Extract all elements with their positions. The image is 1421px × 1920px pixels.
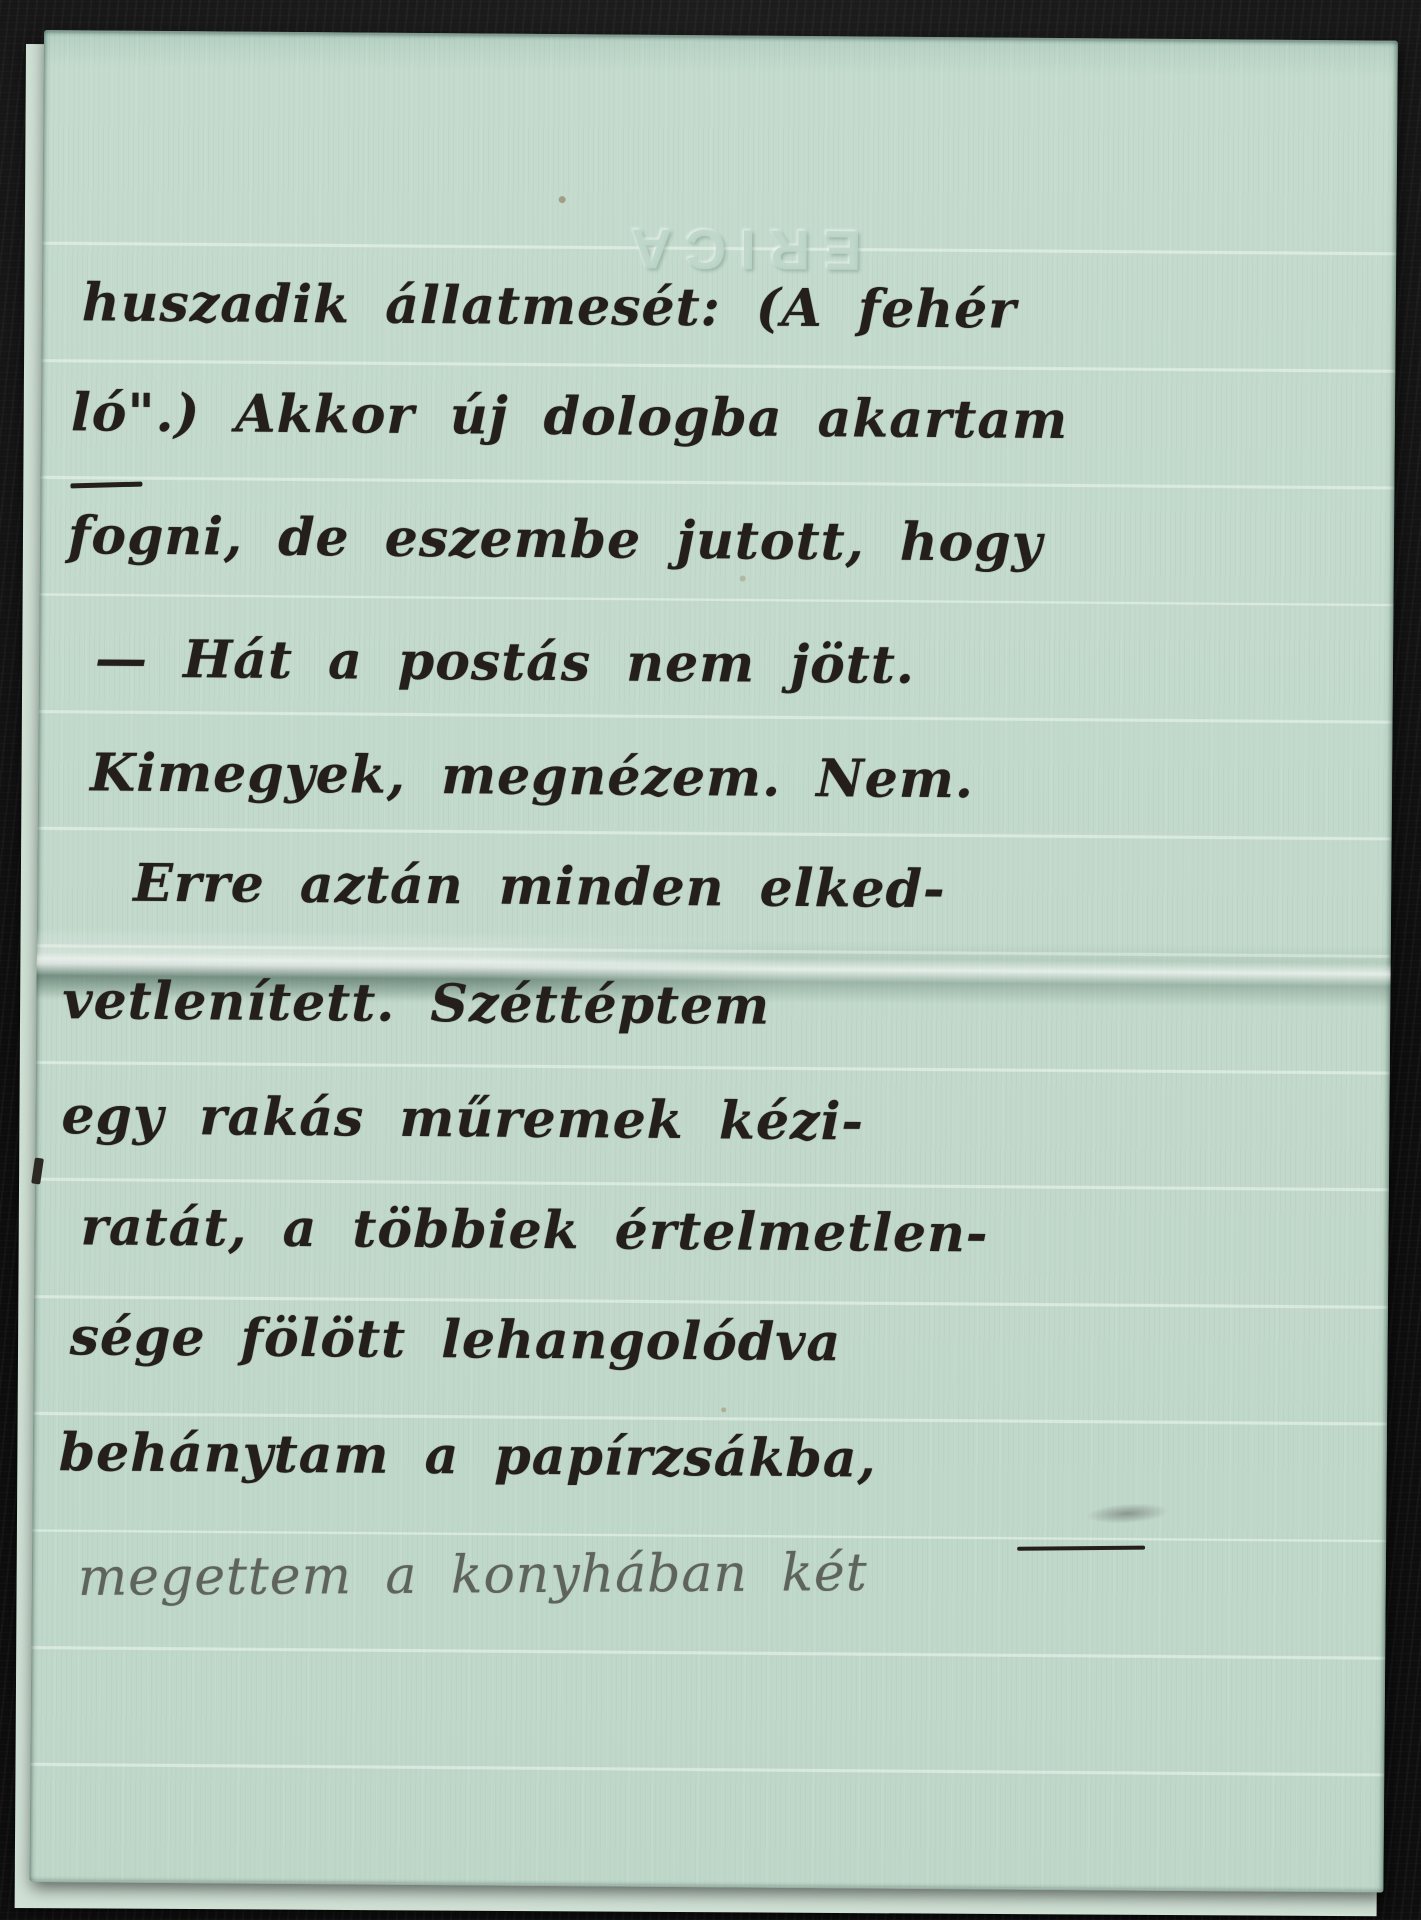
paper-stain-speck-2 xyxy=(721,1407,726,1412)
paper-stain-speck-3 xyxy=(740,575,746,581)
erica-watermark: ERICA xyxy=(617,217,862,284)
handwriting-line-3: fogni, de eszembe jutott, hogy xyxy=(68,505,1043,574)
handwriting-line-7: vetlenített. Széttéptem xyxy=(62,970,770,1037)
handwriting-line-1: huszadik állatmesét: (A fehér xyxy=(82,272,1017,340)
underline-zsak-stroke xyxy=(1017,1546,1145,1551)
handwriting-line-4: — Hát a postás nem jött. xyxy=(95,628,915,695)
photographed-letter-scene: ERICA huszadik állatmesét: (A fehér ló".… xyxy=(0,0,1421,1920)
underline-lo-stroke xyxy=(70,482,142,489)
handwriting-line-12-pencil: megettem a konyhában két xyxy=(78,1543,868,1608)
handwriting-line-8: egy rakás műremek kézi- xyxy=(61,1085,864,1152)
handwriting-line-2: ló".) Akkor új dologba akartam xyxy=(71,382,1069,451)
handwriting-line-6: Erre aztán minden elked- xyxy=(133,853,946,920)
handwriting-line-5: Kimegyek, megnézem. Nem. xyxy=(90,742,974,810)
handwriting-line-11: behánytam a papírzsákba, xyxy=(59,1422,877,1489)
handwriting-line-9: ratát, a többiek értelmetlen- xyxy=(80,1196,988,1264)
pencil-smudge xyxy=(1072,1497,1183,1530)
handwriting-line-10: sége fölött lehangolódva xyxy=(69,1306,841,1373)
paper-stain-speck-1 xyxy=(559,196,566,203)
letter-sheet: ERICA huszadik állatmesét: (A fehér ló".… xyxy=(29,30,1398,1893)
